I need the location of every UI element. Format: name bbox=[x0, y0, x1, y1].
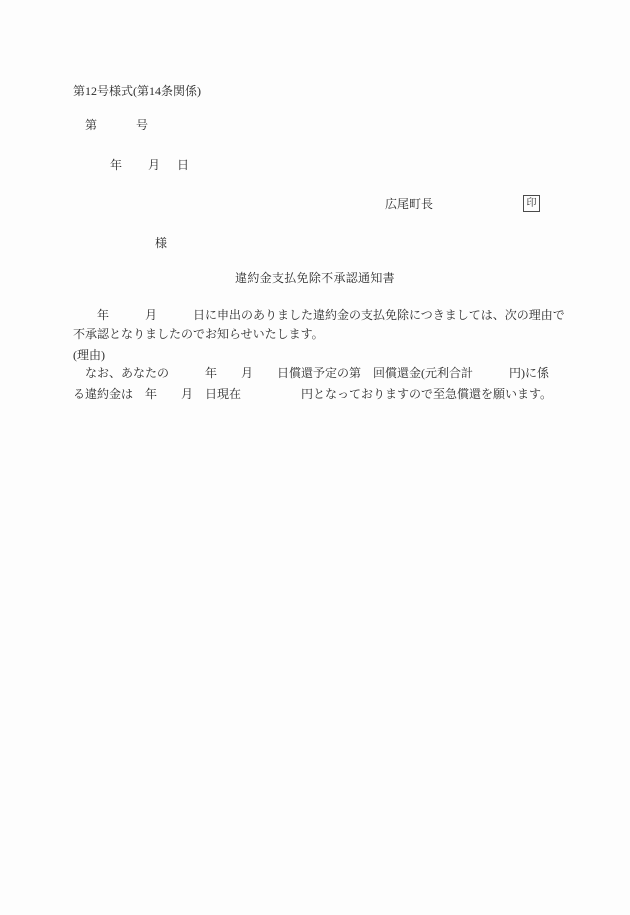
body-line: る違約金は 年 月 日現在 円となっておりますので至急償還を願います。 bbox=[73, 387, 552, 403]
form-id-label: 第12号様式(第14条関係) bbox=[73, 84, 201, 100]
date-month-label: 月 bbox=[148, 158, 160, 174]
body-line: 不承認となりましたのでお知らせいたします。 bbox=[73, 327, 324, 343]
reason-label: (理由) bbox=[73, 348, 105, 364]
seal-placeholder-box: 印 bbox=[523, 195, 540, 212]
sender-title: 広尾町長 bbox=[385, 197, 433, 213]
document-page: 第12号様式(第14条関係) 第 号 年 月 日 広尾町長 印 様 違約金支払免… bbox=[0, 0, 630, 915]
date-day-label: 日 bbox=[177, 158, 189, 174]
date-year-label: 年 bbox=[110, 158, 122, 174]
doc-number-prefix: 第 bbox=[85, 118, 97, 134]
body-line: 年 月 日に申出のありました違約金の支払免除につきましては、次の理由で bbox=[73, 308, 565, 324]
doc-number-suffix: 号 bbox=[136, 118, 148, 134]
body-line: なお、あなたの 年 月 日償還予定の第 回償還金(元利合計 円)に係 bbox=[73, 366, 549, 382]
recipient-suffix-label: 様 bbox=[155, 236, 167, 252]
document-title: 違約金支払免除不承認通知書 bbox=[0, 271, 630, 287]
